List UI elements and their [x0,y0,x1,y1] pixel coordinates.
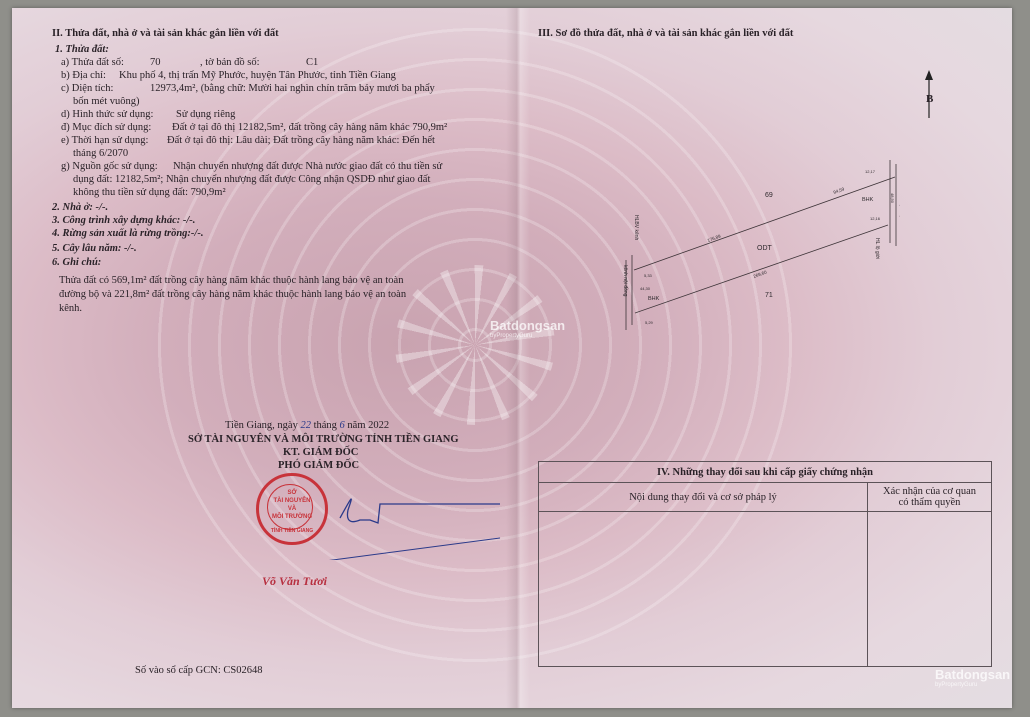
parcel-69: 69 [765,192,773,199]
notes-line-2: đường bộ và 221,8m² đất trồng cây hàng n… [59,288,406,301]
signer-role-1: KT. GIÁM ĐỐC [283,446,358,459]
bhk-east: BHK [862,197,874,203]
dim-north-edge-east: 94,59 [833,186,846,195]
dim-sw-corner: 5,29 [645,320,654,325]
parcel-diagram: 69 ODT 71 176,89 94,59 269,60 BHK BHK 12… [600,150,900,340]
usage-purpose-value: Đất ở tại đô thị 12182,5m², đất trồng câ… [172,121,447,134]
signature [260,480,500,560]
area-label: c) Diện tích: [61,82,113,95]
parcel-number: 70 [150,56,161,69]
canal-corridor-label: HLBV kênh [633,215,639,241]
road-corridor-label: HL lộ giới [874,238,880,259]
watermark-brand: Batdongsan [490,318,565,333]
usage-term-value-cont: tháng 6/2070 [73,147,128,160]
confirm-header-line-2: có thẩm quyền [872,497,987,508]
notes-line-1: Thửa đất có 569,1m² đất trồng cây hàng n… [59,274,403,287]
map-sheet-label: , tờ bản đồ số: [200,56,260,69]
area-value-cont: bốn mét vuông) [73,95,140,108]
dim-ne-corner: 12,17 [865,169,876,174]
signing-month: 6 [340,420,345,431]
signer-name: Võ Văn Tươi [262,575,327,588]
section-iii-title: III. Sơ đồ thửa đất, nhà ở và tài sản kh… [538,27,793,40]
perennial-section: 5. Cây lâu năm: -/-. [52,242,137,255]
section-ii-title: II. Thửa đất, nhà ở và tài sản khác gắn … [52,27,279,40]
watermark-brand-corner: Batdongsan [935,667,1010,682]
changes-content-cell [539,512,868,667]
notes-line-3: kênh. [59,302,82,315]
other-construction-section: 3. Công trình xây dựng khác: -/-. [52,214,195,227]
road-label: ĐƯỜNG TỈNH 867, NHỰA [898,162,900,223]
signing-day: 22 [300,420,311,431]
dim-nw-corner: 5,33 [644,273,653,278]
origin-value-cont2: không thu tiền sử dụng đất: 790,9m² [73,186,226,199]
parcel-odt: ODT [757,245,773,252]
north-label: B [926,93,933,106]
dim-east-width: 48,50 [890,193,895,204]
canal-label: kênh nội đồng [622,265,628,297]
parcel-71: 71 [765,292,773,299]
signer-role-2: PHÓ GIÁM ĐỐC [278,459,359,472]
usage-form-value: Sử dụng riêng [176,108,235,121]
watermark-corner: Batdongsan byPropertyGuru [935,667,1010,688]
forest-section: 4. Rừng sản xuất là rừng trồng:-/-. [52,227,203,240]
land-heading: 1. Thửa đất: [55,43,109,56]
changes-col-confirm-header: Xác nhận của cơ quan có thẩm quyền [868,483,992,512]
notes-heading: 6. Ghi chú: [52,256,101,269]
origin-value-cont1: dụng đất: 12182,5m²; Nhận chuyển nhượng … [73,173,430,186]
origin-value: Nhận chuyển nhượng đất được Nhà nước gia… [173,160,442,173]
issuing-agency: SỞ TÀI NGUYÊN VÀ MÔI TRƯỜNG TỈNH TIỀN GI… [188,433,459,446]
address-label: b) Địa chỉ: [61,69,106,82]
signing-place: Tiền Giang, ngày [225,420,298,431]
usage-term-value: Đất ở tại đô thị: Lâu dài; Đất trồng cây… [167,134,435,147]
watermark-sub: byPropertyGuru [490,333,565,339]
signing-year: năm 2022 [347,420,389,431]
bhk-west: BHK [648,296,660,302]
parcel-number-label: a) Thửa đất số: [61,56,124,69]
registry-number: Số vào sổ cấp GCN: CS02648 [135,664,262,677]
changes-col-content-header: Nội dung thay đổi và cơ sở pháp lý [539,483,868,512]
map-sheet-number: C1 [306,56,318,69]
watermark-sub-corner: byPropertyGuru [935,682,1010,688]
changes-table: IV. Những thay đổi sau khi cấp giấy chứn… [538,461,992,667]
signing-date: Tiền Giang, ngày 22 tháng 6 năm 2022 [225,419,389,432]
address-value: Khu phố 4, thị trấn Mỹ Phước, huyện Tân … [119,69,396,82]
page-fold [506,8,530,708]
month-label: tháng [314,420,337,431]
usage-purpose-label: đ) Mục đích sử dụng: [61,121,151,134]
changes-confirm-cell [868,512,992,667]
usage-term-label: e) Thời hạn sử dụng: [61,134,148,147]
dim-south-edge: 269,60 [753,269,768,279]
drum-star-emblem [395,265,555,425]
watermark-center: Batdongsan byPropertyGuru [490,318,565,339]
usage-form-label: d) Hình thức sử dụng: [61,108,153,121]
origin-label: g) Nguồn gốc sử dụng: [61,160,158,173]
area-value: 12973,4m², (bằng chữ: Mười hai nghìn chí… [150,82,435,95]
house-section: 2. Nhà ở: -/-. [52,201,108,214]
changes-table-title: IV. Những thay đổi sau khi cấp giấy chứn… [539,462,992,483]
confirm-header-line-1: Xác nhận của cơ quan [872,486,987,497]
dim-west-width: 44,30 [640,286,651,291]
dim-se-corner: 12,16 [870,216,881,221]
